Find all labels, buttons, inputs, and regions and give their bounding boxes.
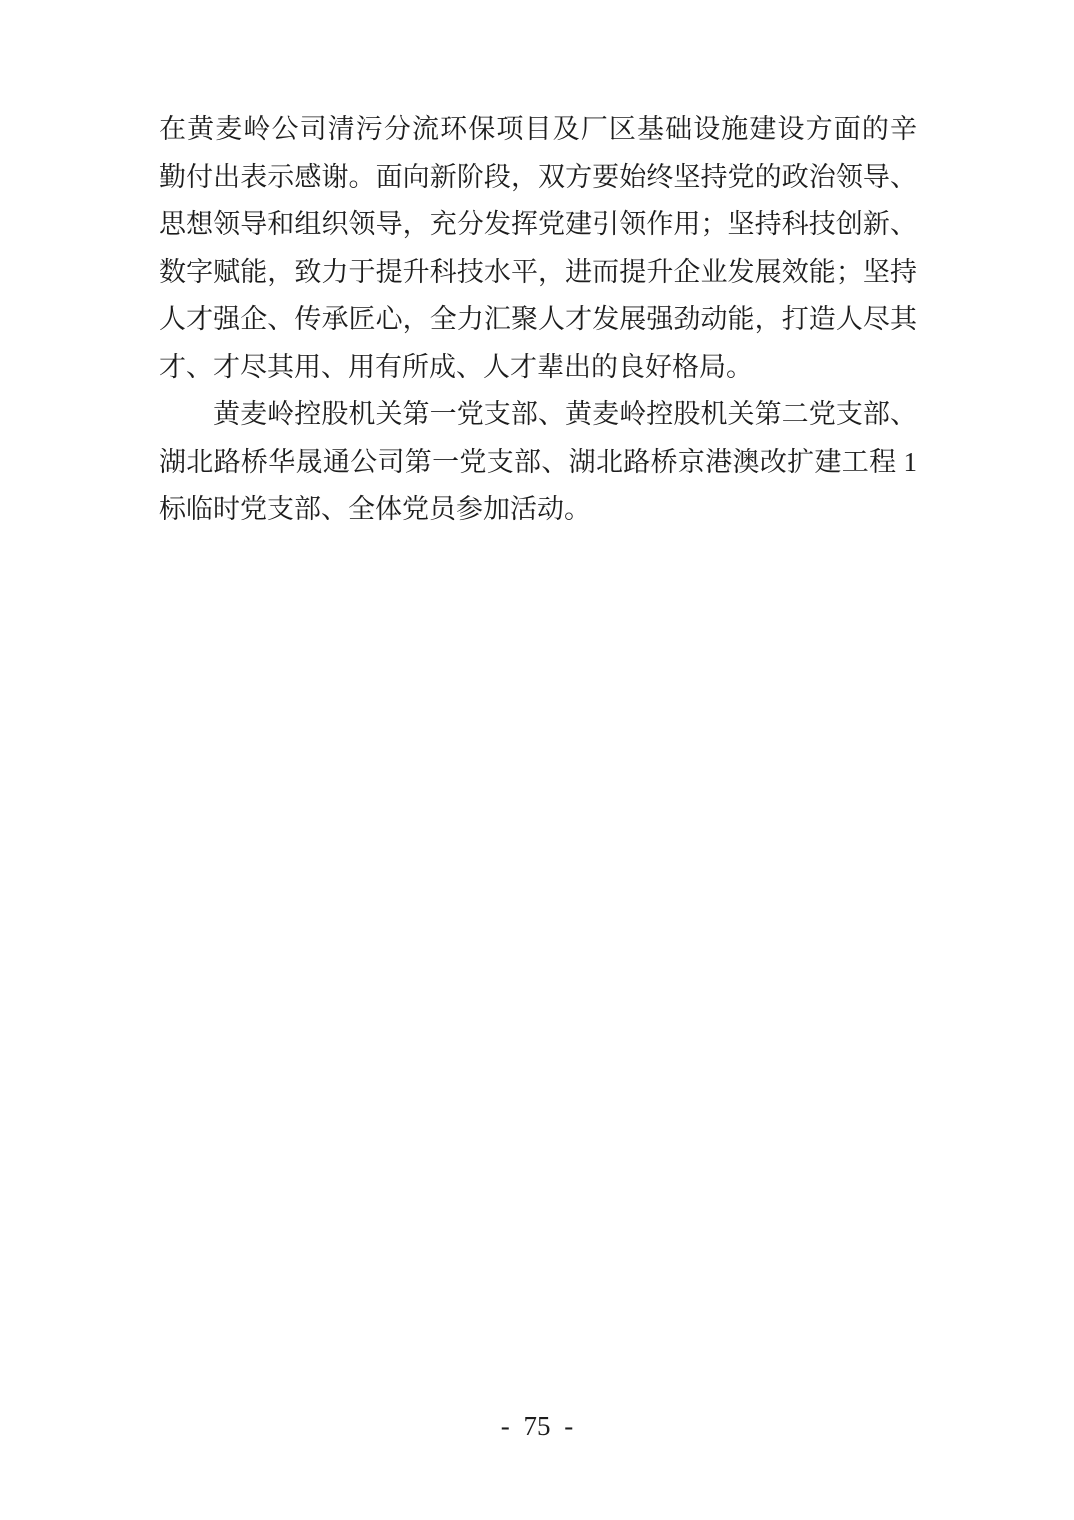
- paragraph-2: 黄麦岭控股机关第一党支部、黄麦岭控股机关第二党支部、 湖北路桥华晟通公司第一党支…: [159, 391, 917, 534]
- paragraph-line: 标临时党支部、全体党员参加活动。: [159, 486, 917, 534]
- paragraph-line: 湖北路桥华晟通公司第一党支部、湖北路桥京港澳改扩建工程 1: [159, 439, 917, 487]
- paragraph-line: 黄麦岭控股机关第一党支部、黄麦岭控股机关第二党支部、: [159, 391, 917, 439]
- paragraph-line: 才、才尽其用、用有所成、人才辈出的良好格局。: [159, 344, 917, 392]
- paragraph-line: 在黄麦岭公司清污分流环保项目及厂区基础设施建设方面的辛: [159, 106, 917, 154]
- paragraph-line: 人才强企、传承匠心，全力汇聚人才发展强劲动能，打造人尽其: [159, 296, 917, 344]
- paragraph-line: 勤付出表示感谢。面向新阶段，双方要始终坚持党的政治领导、: [159, 154, 917, 202]
- paragraph-line: 思想领导和组织领导，充分发挥党建引领作用；坚持科技创新、: [159, 201, 917, 249]
- paragraph-line: 数字赋能，致力于提升科技水平，进而提升企业发展效能；坚持: [159, 249, 917, 297]
- document-page: 在黄麦岭公司清污分流环保项目及厂区基础设施建设方面的辛 勤付出表示感谢。面向新阶…: [0, 0, 1074, 1520]
- paragraph-1: 在黄麦岭公司清污分流环保项目及厂区基础设施建设方面的辛 勤付出表示感谢。面向新阶…: [159, 106, 917, 391]
- document-body: 在黄麦岭公司清污分流环保项目及厂区基础设施建设方面的辛 勤付出表示感谢。面向新阶…: [159, 106, 917, 534]
- page-number: - 75 -: [0, 1406, 1074, 1446]
